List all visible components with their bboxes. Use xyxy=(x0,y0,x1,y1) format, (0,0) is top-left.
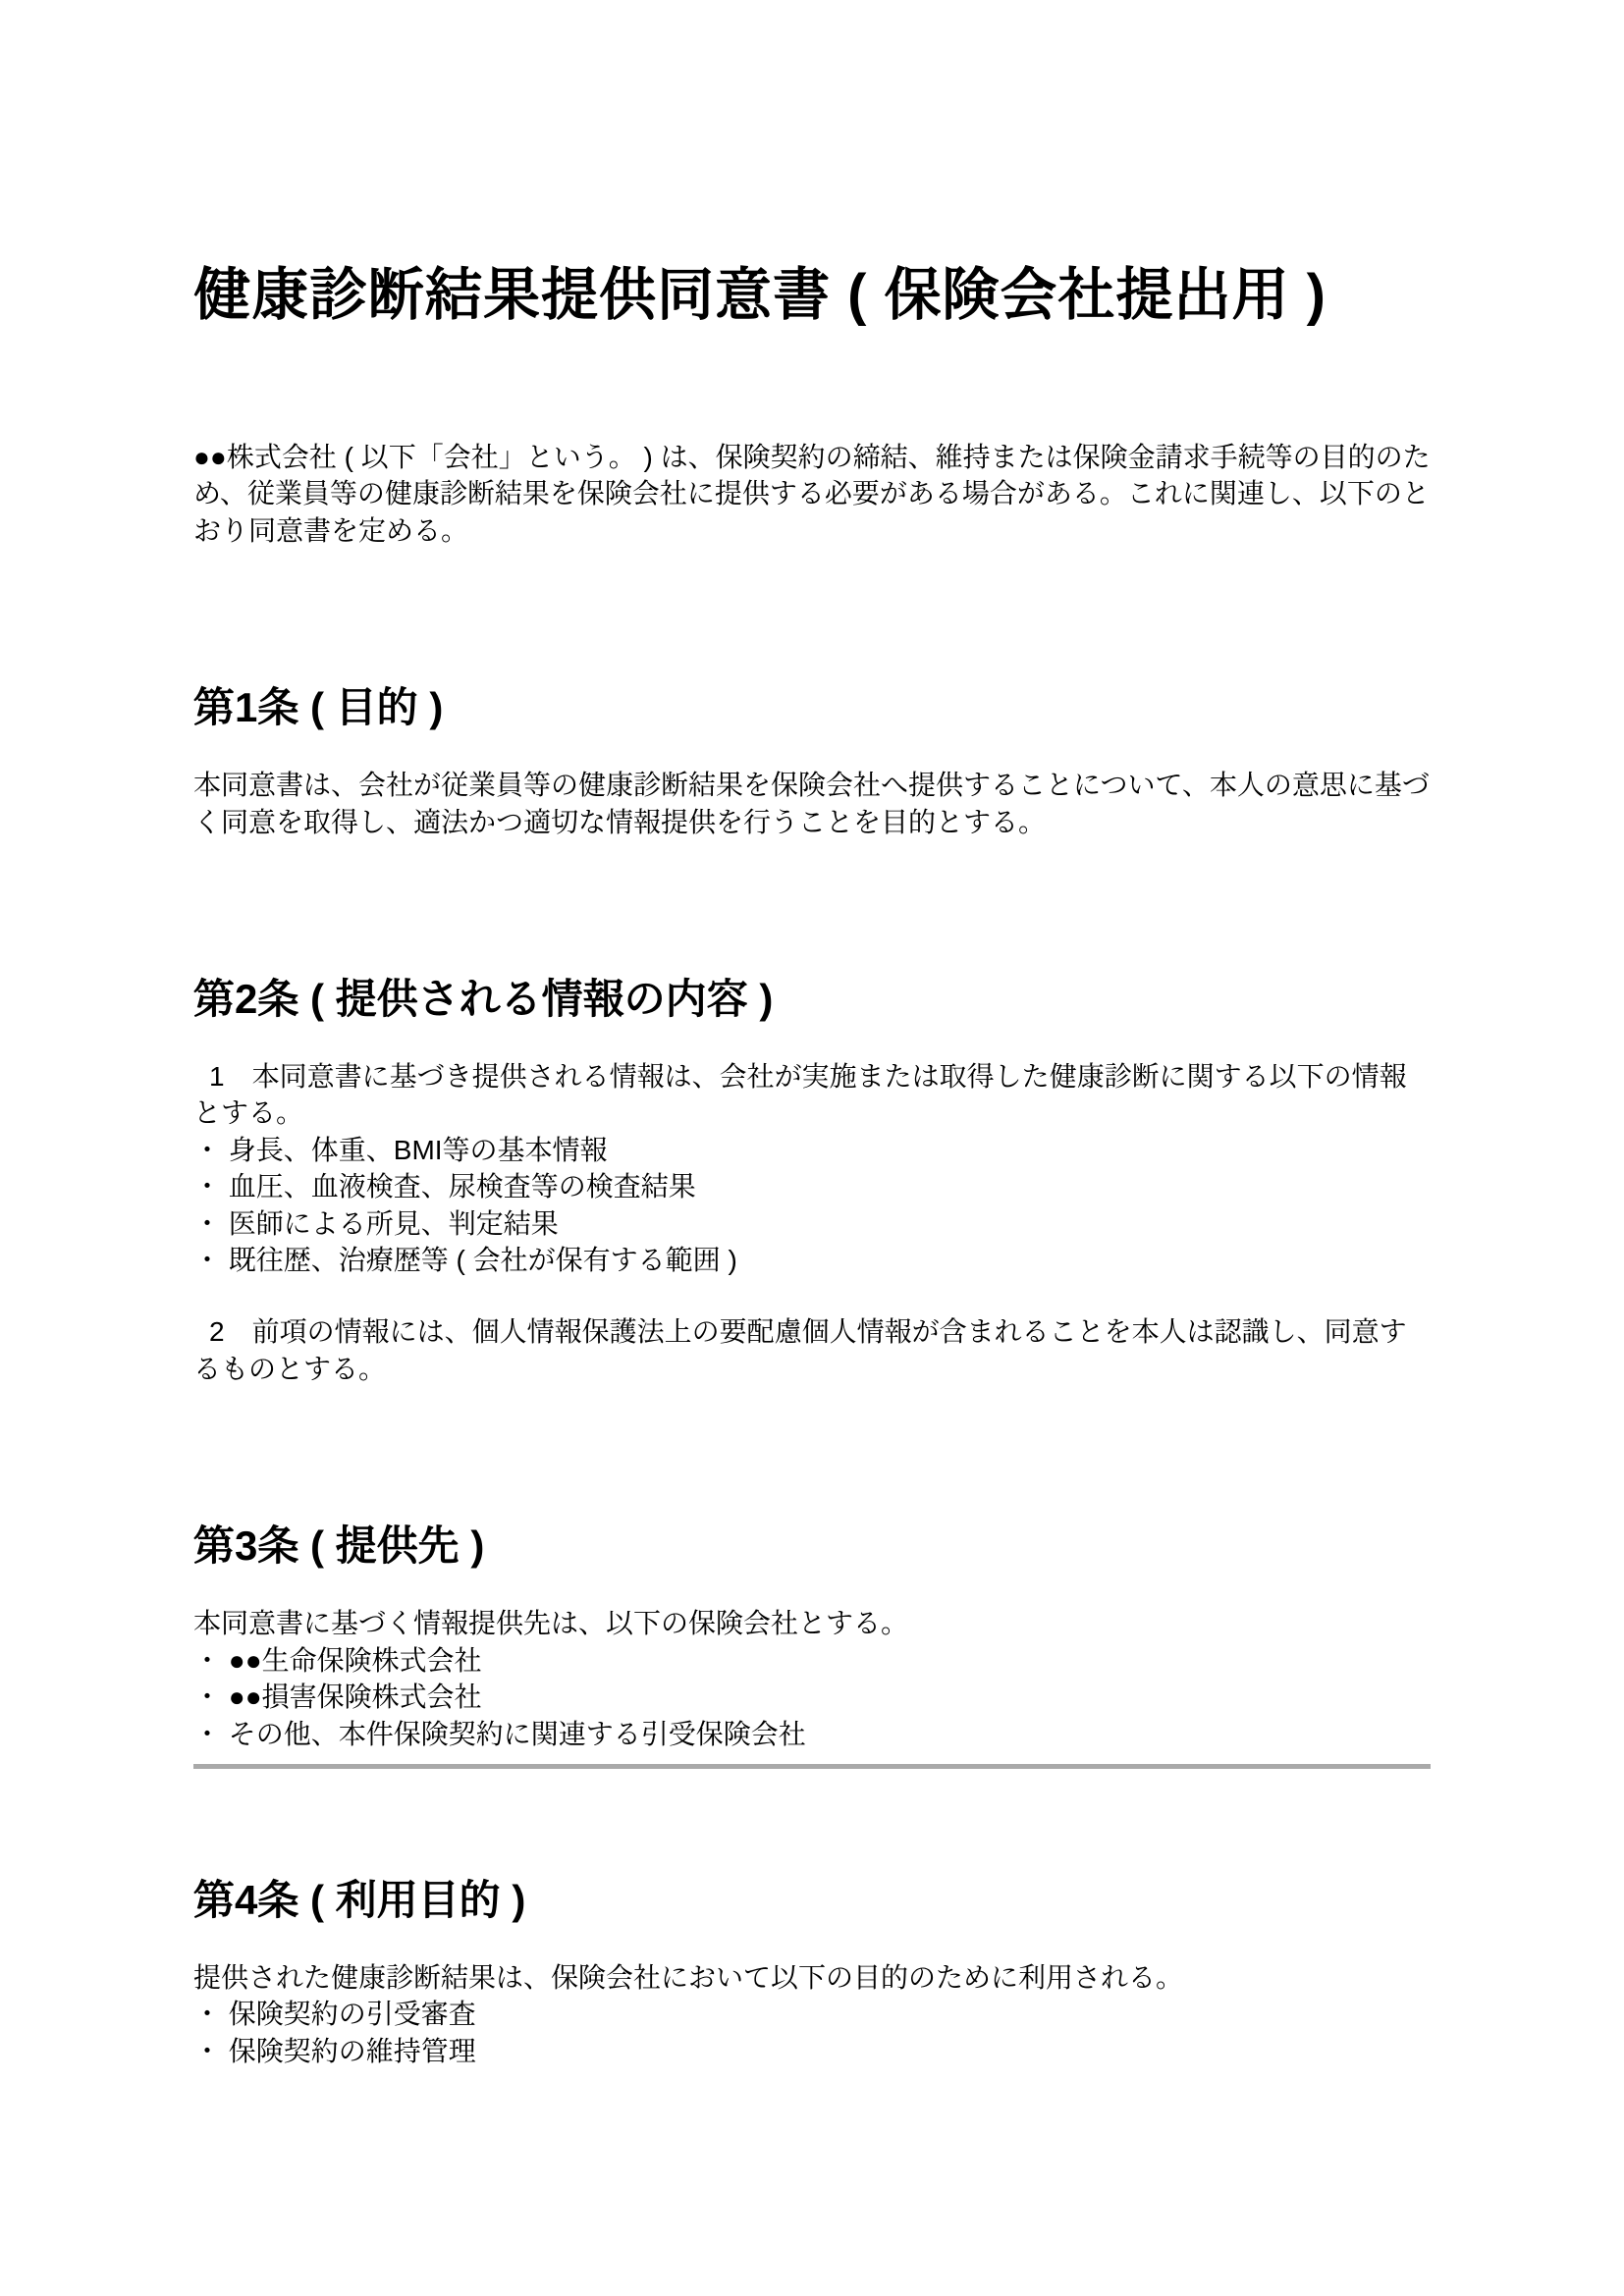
document-title: 健康診断結果提供同意書 ( 保険会社提出用 ) xyxy=(193,261,1431,330)
list-item: ・ その他、本件保険契約に関連する引受保険会社 xyxy=(193,1716,1431,1752)
article-4-section: 第4条 ( 利用目的 ) 提供された健康診断結果は、保険会社において以下の目的の… xyxy=(193,1875,1431,2069)
intro-paragraph: ●●株式会社 ( 以下「会社」という。 ) は、保険契約の締結、維持または保険金… xyxy=(193,439,1431,549)
article-2-section: 第2条 ( 提供される情報の内容 ) 1 本同意書に基づき提供される情報は、会社… xyxy=(193,974,1431,1387)
document-page: 健康診断結果提供同意書 ( 保険会社提出用 ) ●●株式会社 ( 以下「会社」と… xyxy=(0,0,1624,2296)
article-3-body: 本同意書に基づく情報提供先は、以下の保険会社とする。 xyxy=(193,1605,1431,1641)
article-1-body: 本同意書は、会社が従業員等の健康診断結果を保険会社へ提供することについて、本人の… xyxy=(193,767,1431,840)
article-2-clause-2: 2 前項の情報には、個人情報保護法上の要配慮個人情報が含まれることを本人は認識し… xyxy=(193,1313,1431,1387)
article-2-clause-1: 1 本同意書に基づき提供される情報は、会社が実施または取得した健康診断に関する以… xyxy=(193,1058,1431,1132)
article-1-heading: 第1条 ( 目的 ) xyxy=(193,682,1431,733)
list-item: ・ 医師による所見、判定結果 xyxy=(193,1205,1431,1242)
list-item: ・ 保険契約の維持管理 xyxy=(193,2033,1431,2069)
section-divider xyxy=(193,1764,1431,1769)
article-4-heading: 第4条 ( 利用目的 ) xyxy=(193,1875,1431,1926)
list-item: ・ ●●生命保険株式会社 xyxy=(193,1642,1431,1679)
list-item: ・ 保険契約の引受審査 xyxy=(193,1996,1431,2032)
list-item: ・ 血圧、血液検査、尿検査等の検査結果 xyxy=(193,1168,1431,1204)
list-item: ・ ●●損害保険株式会社 xyxy=(193,1679,1431,1715)
article-2-heading: 第2条 ( 提供される情報の内容 ) xyxy=(193,974,1431,1025)
list-item: ・ 身長、体重、BMI等の基本情報 xyxy=(193,1132,1431,1168)
article-3-heading: 第3条 ( 提供先 ) xyxy=(193,1521,1431,1572)
article-3-section: 第3条 ( 提供先 ) 本同意書に基づく情報提供先は、以下の保険会社とする。 ・… xyxy=(193,1521,1431,1752)
list-item: ・ 既往歴、治療歴等 ( 会社が保有する範囲 ) xyxy=(193,1242,1431,1278)
article-4-body: 提供された健康診断結果は、保険会社において以下の目的のために利用される。 xyxy=(193,1959,1431,1996)
article-1-section: 第1条 ( 目的 ) 本同意書は、会社が従業員等の健康診断結果を保険会社へ提供す… xyxy=(193,682,1431,840)
